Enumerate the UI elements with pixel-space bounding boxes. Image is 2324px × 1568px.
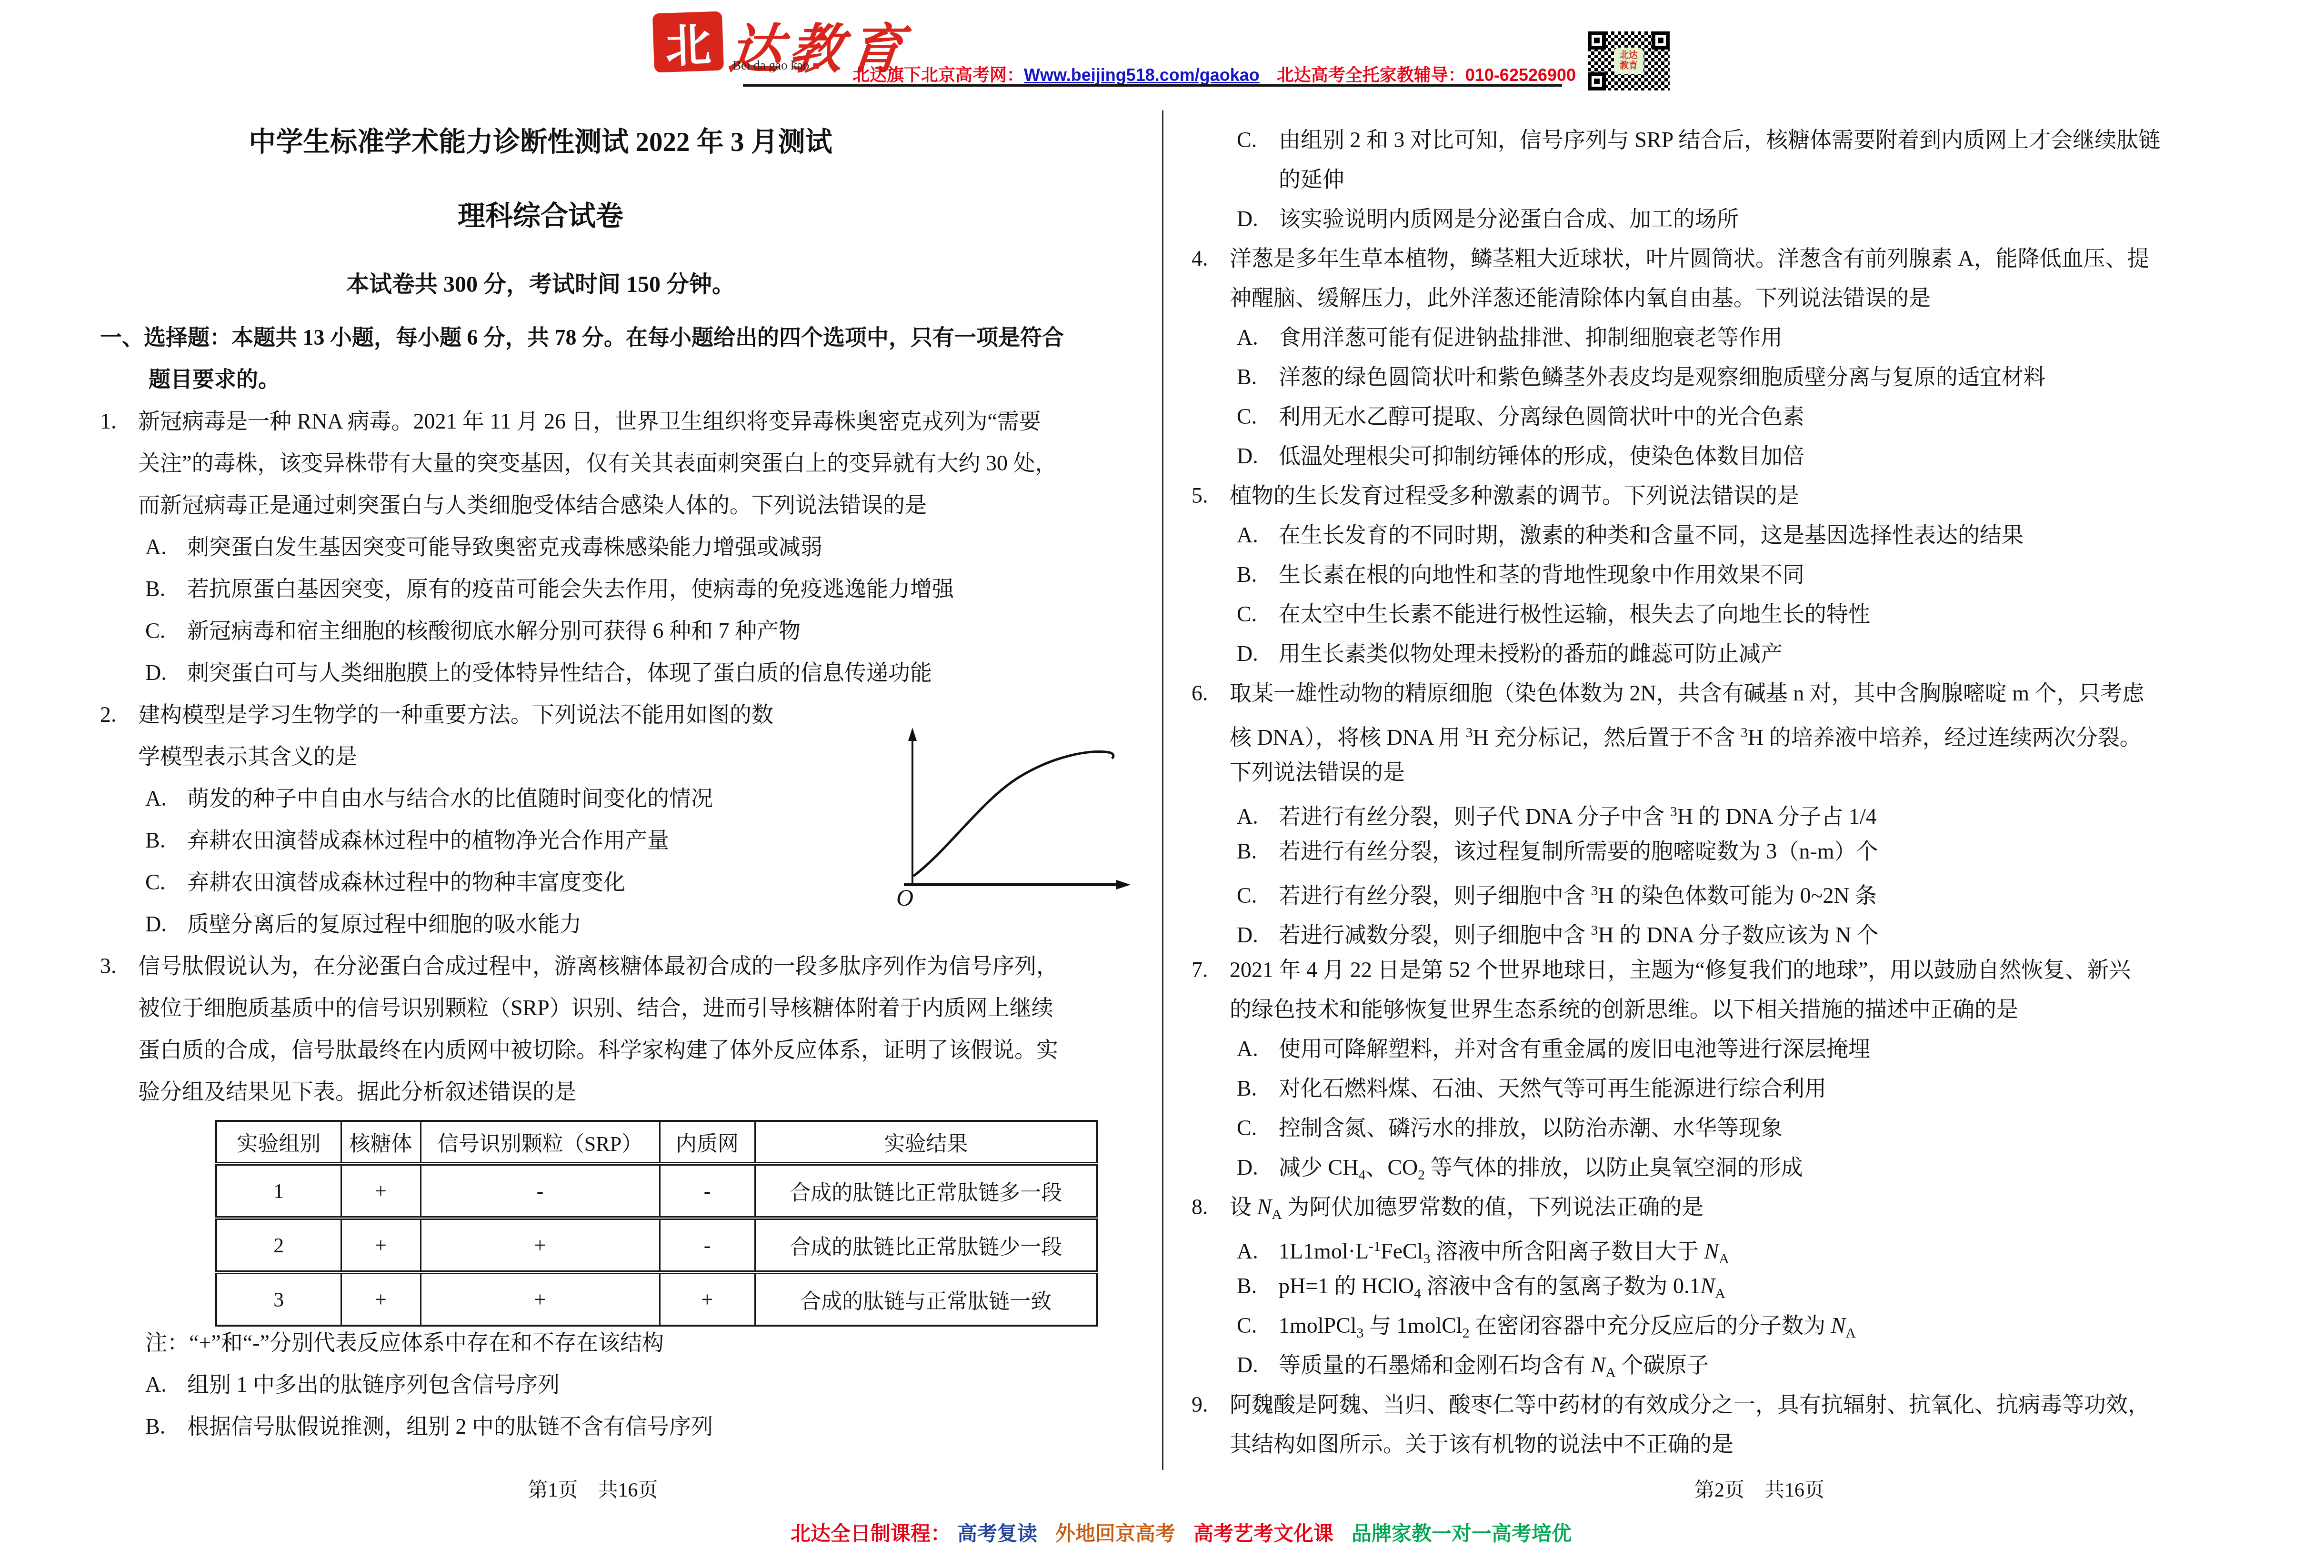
y-axis-arrow-icon bbox=[908, 728, 917, 741]
option-letter: B. bbox=[1237, 357, 1279, 397]
option-letter: C. bbox=[145, 861, 187, 903]
page-subtitle: 理科综合试卷 bbox=[0, 193, 1081, 233]
exam-info: 本试卷共 300 分，考试时间 150 分钟。 bbox=[0, 266, 1081, 299]
option-letter: C. bbox=[145, 610, 187, 652]
table-row: 3 + + + 合成的肽链与正常肽链一致 bbox=[216, 1272, 1097, 1326]
question-number: 2. bbox=[100, 694, 138, 736]
question-number: 6. bbox=[1192, 673, 1230, 713]
option-line: C.控制含氮、磷污水的排放，以防治赤潮、水华等现象 bbox=[1192, 1108, 2287, 1148]
table-cell: 合成的肽链与正常肽链一致 bbox=[755, 1272, 1097, 1326]
option-letter: D. bbox=[1237, 1345, 1279, 1385]
question-number: 7. bbox=[1192, 950, 1230, 989]
option-line: A.1L1mol·L-1FeCl3 溶液中所含阳离子数目大于 NA bbox=[1192, 1227, 2287, 1266]
table-header-cell: 实验组别 bbox=[216, 1121, 341, 1164]
qr-center-badge: 北达教育 bbox=[1614, 48, 1643, 74]
question-number: 8. bbox=[1192, 1187, 1230, 1227]
option-letter: B. bbox=[1237, 1069, 1279, 1108]
gaokao-site-link[interactable]: Www.beijing518.com/gaokao bbox=[1024, 65, 1260, 85]
table-header-cell: 实验结果 bbox=[755, 1121, 1097, 1164]
option-line: B.若进行有丝分裂，该过程复制所需要的胞嘧啶数为 3（n-m）个 bbox=[1192, 831, 2287, 871]
option-letter: D. bbox=[1237, 1148, 1279, 1187]
option-line: C.新冠病毒和宿主细胞的核酸彻底水解分别可获得 6 种和 7 种产物 bbox=[100, 610, 1172, 652]
question-line: 3.信号肽假说认为，在分泌蛋白合成过程中，游离核糖体最初合成的一段多肽序列作为信… bbox=[100, 945, 1172, 987]
table-row: 1 + - - 合成的肽链比正常肽链多一段 bbox=[216, 1164, 1097, 1218]
option-letter: A. bbox=[1237, 1231, 1279, 1271]
qr-finder-icon bbox=[1652, 31, 1670, 50]
option-letter: A. bbox=[145, 526, 187, 568]
question-line: 的绿色技术和能够恢复世界生态系统的创新思维。以下相关措施的描述中正确的是 bbox=[1192, 989, 2287, 1029]
question-line: 6.取某一雄性动物的精原细胞（染色体数为 2N，共含有碱基 n 对，其中含胸腺嘧… bbox=[1192, 673, 2287, 713]
option-line: D.若进行减数分裂，则子细胞中含 3H 的 DNA 分子数应该为 N 个 bbox=[1192, 910, 2287, 950]
option-line: B.若抗原蛋白基因突变，原有的疫苗可能会失去作用，使病毒的免疫逃逸能力增强 bbox=[100, 568, 1172, 610]
option-letter: B. bbox=[1237, 831, 1279, 871]
brand-footer-item: 外地回京高考 bbox=[1055, 1522, 1175, 1545]
question-line: 8.设 NA 为阿伏加德罗常数的值，下列说法正确的是 bbox=[1192, 1187, 2287, 1227]
option-line: D.刺突蛋白可与人类细胞膜上的受体特异性结合，体现了蛋白质的信息传递功能 bbox=[100, 652, 1172, 694]
brand-footer-label: 北达全日制课程： bbox=[791, 1522, 951, 1545]
option-letter: A. bbox=[1237, 515, 1279, 555]
table-header-row: 实验组别 核糖体 信号识别颗粒（SRP） 内质网 实验结果 bbox=[216, 1121, 1097, 1164]
question-number: 5. bbox=[1192, 476, 1230, 515]
option-line: D.用生长素类似物处理未授粉的番茄的雌蕊可防止减产 bbox=[1192, 634, 2287, 673]
option-line: B.对化石燃料煤、石油、天然气等可再生能源进行综合利用 bbox=[1192, 1069, 2287, 1108]
option-letter: B. bbox=[1237, 555, 1279, 594]
table-cell: - bbox=[660, 1218, 755, 1272]
beida-seal-logo-icon: 北 bbox=[652, 11, 724, 72]
question-number: 4. bbox=[1192, 239, 1230, 278]
option-letter: D. bbox=[1237, 199, 1279, 239]
page-title: 中学生标准学术能力诊断性测试 2022 年 3 月测试 bbox=[0, 120, 1081, 159]
question-line: 9.阿魏酸是阿魏、当归、酸枣仁等中药材的有效成分之一，具有抗辐射、抗氧化、抗病毒… bbox=[1192, 1385, 2287, 1424]
table-header-cell: 核糖体 bbox=[341, 1121, 421, 1164]
option-letter: A. bbox=[145, 778, 187, 819]
option-letter: D. bbox=[1237, 915, 1279, 955]
right-column-text: C.由组别 2 和 3 对比可知，信号序列与 SRP 结合后，核糖体需要附着到内… bbox=[1192, 120, 2287, 1464]
question-line: 蛋白质的合成，信号肽最终在内质网中被切除。科学家构建了体外反应体系，证明了该假说… bbox=[100, 1029, 1172, 1071]
option-letter: A. bbox=[145, 1364, 187, 1406]
qr-code: 北达教育 bbox=[1588, 31, 1670, 90]
option-line: A.食用洋葱可能有促进钠盐排泄、抑制细胞衰老等作用 bbox=[1192, 318, 2287, 357]
header-contact-line: 北达旗下北京高考网：Www.beijing518.com/gaokao 北达高考… bbox=[852, 62, 1576, 86]
table-cell: + bbox=[341, 1272, 421, 1326]
option-letter: C. bbox=[1237, 594, 1279, 634]
option-line: A.在生长发育的不同时期，激素的种类和含量不同，这是基因选择性表达的结果 bbox=[1192, 515, 2287, 555]
option-letter: B. bbox=[145, 568, 187, 610]
option-letter: B. bbox=[1237, 1266, 1279, 1306]
table-cell: 合成的肽链比正常肽链多一段 bbox=[755, 1164, 1097, 1218]
table-cell: + bbox=[341, 1164, 421, 1218]
option-letter: C. bbox=[1237, 1306, 1279, 1345]
table-cell: 2 bbox=[216, 1218, 341, 1272]
saturating-curve bbox=[913, 752, 1113, 876]
option-line: C.由组别 2 和 3 对比可知，信号序列与 SRP 结合后，核糖体需要附着到内… bbox=[1192, 120, 2287, 160]
brand-footer: 北达全日制课程：高考复读外地回京高考高考艺考文化课品牌家教一对一高考培优 bbox=[791, 1518, 1572, 1547]
table-note-line: 注：“+”和“-”分别代表反应体系中存在和不存在该结构 bbox=[100, 1322, 1172, 1364]
table-cell: - bbox=[660, 1164, 755, 1218]
header-divider-rule bbox=[743, 84, 1562, 87]
option-line: B.生长素在根的向地性和茎的背地性现象中作用效果不同 bbox=[1192, 555, 2287, 594]
option-line: B.洋葱的绿色圆筒状叶和紫色鳞茎外表皮均是观察细胞质壁分离与复原的适宜材料 bbox=[1192, 357, 2287, 397]
table-header-cell: 内质网 bbox=[660, 1121, 755, 1164]
table-cell: - bbox=[421, 1164, 660, 1218]
option-letter: C. bbox=[1237, 876, 1279, 915]
question-line: 4.洋葱是多年生草本植物，鳞茎粗大近球状，叶片圆筒状。洋葱含有前列腺素 A，能降… bbox=[1192, 239, 2287, 278]
option-line: D.低温处理根尖可抑制纺锤体的形成，使染色体数目加倍 bbox=[1192, 436, 2287, 476]
section-heading-line: 一、选择题：本题共 13 小题，每小题 6 分，共 78 分。在每小题给出的四个… bbox=[100, 317, 1172, 359]
option-line: C.1molPCl3 与 1molCl2 在密闭容器中充分反应后的分子数为 NA bbox=[1192, 1306, 2287, 1345]
option-letter: C. bbox=[1237, 397, 1279, 436]
option-line: A.若进行有丝分裂，则子代 DNA 分子中含 3H 的 DNA 分子占 1/4 bbox=[1192, 792, 2287, 831]
option-letter: D. bbox=[145, 652, 187, 694]
brand-footer-item: 高考艺考文化课 bbox=[1193, 1522, 1333, 1545]
option-line: A.刺突蛋白发生基因突变可能导致奥密克戎毒株感染能力增强或减弱 bbox=[100, 526, 1172, 568]
qr-finder-icon bbox=[1588, 31, 1606, 50]
question-line: 5.植物的生长发育过程受多种激素的调节。下列说法错误的是 bbox=[1192, 476, 2287, 515]
option-line: 的延伸 bbox=[1192, 160, 2287, 199]
question-line: 神醒脑、缓解压力，此外洋葱还能清除体内氧自由基。下列说法错误的是 bbox=[1192, 278, 2287, 318]
question-line: 而新冠病毒正是通过刺突蛋白与人类细胞受体结合感染人体的。下列说法错误的是 bbox=[100, 484, 1172, 526]
option-letter: A. bbox=[1237, 797, 1279, 836]
x-axis-arrow-icon bbox=[1116, 880, 1131, 889]
option-letter: A. bbox=[1237, 318, 1279, 357]
option-letter: C. bbox=[1237, 120, 1279, 160]
question-number: 1. bbox=[100, 400, 138, 442]
table-cell: 1 bbox=[216, 1164, 341, 1218]
table-cell: 合成的肽链比正常肽链少一段 bbox=[755, 1218, 1097, 1272]
question-number: 9. bbox=[1192, 1385, 1230, 1424]
option-line: D.减少 CH4、CO2 等气体的排放，以防止臭氧空洞的形成 bbox=[1192, 1148, 2287, 1187]
table-cell: 3 bbox=[216, 1272, 341, 1326]
brand-footer-item: 品牌家教一对一高考培优 bbox=[1352, 1522, 1572, 1545]
question-line: 验分组及结果见下表。据此分析叙述错误的是 bbox=[100, 1071, 1172, 1113]
option-letter: A. bbox=[1237, 1029, 1279, 1069]
option-letter: D. bbox=[1237, 436, 1279, 476]
option-line: C.若进行有丝分裂，则子细胞中含 3H 的染色体数可能为 0~2N 条 bbox=[1192, 871, 2287, 910]
table-cell: + bbox=[421, 1218, 660, 1272]
question-number: 3. bbox=[100, 945, 138, 987]
option-line: C.利用无水乙醇可提取、分离绿色圆筒状叶中的光合色素 bbox=[1192, 397, 2287, 436]
question-line: 核 DNA），将核 DNA 用 3H 充分标记，然后置于不含 3H 的培养液中培… bbox=[1192, 713, 2287, 752]
question-line: 1.新冠病毒是一种 RNA 病毒。2021 年 11 月 26 日，世界卫生组织… bbox=[100, 400, 1172, 442]
red-square-icon: ■ bbox=[812, 60, 820, 72]
option-line: A.组别 1 中多出的肽链序列包含信号序列 bbox=[100, 1364, 1172, 1406]
origin-label: O bbox=[896, 884, 913, 910]
table-cell: + bbox=[341, 1218, 421, 1272]
left-column-text: 一、选择题：本题共 13 小题，每小题 6 分，共 78 分。在每小题给出的四个… bbox=[100, 317, 1172, 1113]
table-row: 2 + + - 合成的肽链比正常肽链少一段 bbox=[216, 1218, 1097, 1272]
option-line: A.使用可降解塑料，并对含有重金属的废旧电池等进行深层掩埋 bbox=[1192, 1029, 2287, 1069]
option-line: D.该实验说明内质网是分泌蛋白合成、加工的场所 bbox=[1192, 199, 2287, 239]
option-line: D.等质量的石墨烯和金刚石均含有 NA 个碳原子 bbox=[1192, 1345, 2287, 1385]
question-line: 其结构如图所示。关于该有机物的说法中不正确的是 bbox=[1192, 1424, 2287, 1464]
question-line: 关注”的毒株，该变异株带有大量的突变基因，仅有关其表面刺突蛋白上的变异就有大约 … bbox=[100, 442, 1172, 484]
question2-curve-figure: O bbox=[896, 725, 1134, 910]
right-page-footer: 第2页 共16页 bbox=[1694, 1474, 1824, 1503]
left-page-footer: 第1页 共16页 bbox=[100, 1474, 1086, 1503]
exam-paper-scan: { "header": { "seal_char": "北", "logo_sc… bbox=[0, 0, 2324, 1568]
qr-finder-icon bbox=[1588, 72, 1606, 90]
option-line: B.根据信号肽假说推测，组别 2 中的肽链不含有信号序列 bbox=[100, 1406, 1172, 1448]
option-letter: D. bbox=[1237, 634, 1279, 673]
option-line: C.在太空中生长素不能进行极性运输，根失去了向地生长的特性 bbox=[1192, 594, 2287, 634]
question-line: 被位于细胞质基质中的信号识别颗粒（SRP）识别、结合，进而引导核糖体附着于内质网… bbox=[100, 987, 1172, 1029]
option-letter: C. bbox=[1237, 1108, 1279, 1148]
question-line: 下列说法错误的是 bbox=[1192, 752, 2287, 792]
option-letter: B. bbox=[145, 819, 187, 861]
table-cell: + bbox=[660, 1272, 755, 1326]
table-header-cell: 信号识别颗粒（SRP） bbox=[421, 1121, 660, 1164]
option-letter: B. bbox=[145, 1406, 187, 1448]
logo-pinyin: Bei da gao kao ■ bbox=[732, 58, 819, 73]
question-line: 7.2021 年 4 月 22 日是第 52 个世界地球日，主题为“修复我们的地… bbox=[1192, 950, 2287, 989]
experiment-table: 实验组别 核糖体 信号识别颗粒（SRP） 内质网 实验结果 1 + - - 合成… bbox=[215, 1120, 1098, 1327]
option-line: B.pH=1 的 HClO4 溶液中含有的氢离子数为 0.1NA bbox=[1192, 1266, 2287, 1306]
section-heading-line: 题目要求的。 bbox=[100, 359, 1172, 400]
brand-footer-item: 高考复读 bbox=[957, 1522, 1037, 1545]
table-cell: + bbox=[421, 1272, 660, 1326]
left-column-text-after-table: 注：“+”和“-”分别代表反应体系中存在和不存在该结构 A.组别 1 中多出的肽… bbox=[100, 1322, 1172, 1448]
option-letter: D. bbox=[145, 903, 187, 945]
